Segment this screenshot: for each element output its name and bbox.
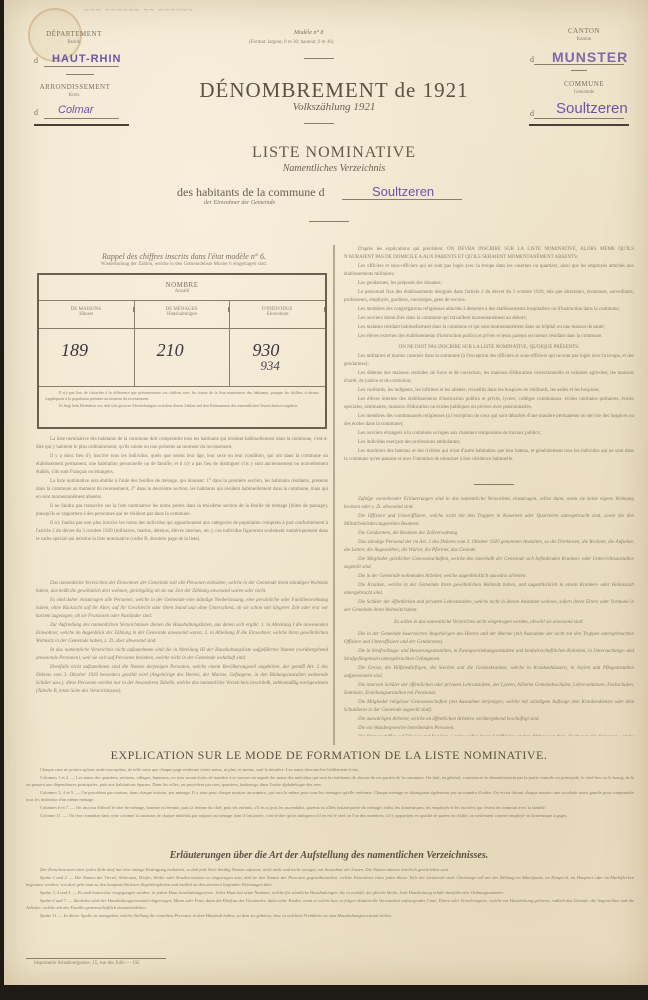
erlaeuterungen-text: Der Zwischenraum einer jeden Zeile darf …	[26, 866, 634, 958]
commune-label: COMMUNE	[544, 80, 624, 88]
format-note: (Format: largeur, 0 m 30; hauteur, 0 m 4…	[249, 40, 334, 45]
explication-title: EXPLICATION SUR LE MODE DE FORMATION DE …	[24, 748, 634, 763]
nombre-header-de: Anzahl	[39, 289, 325, 294]
page-title: DÉNOMBREMENT de 1921	[194, 78, 474, 103]
census-sheet: ~~~ ~~~~~~ ~~ ~~~~~~ DÉPARTEMENT Bezirk …	[4, 0, 648, 985]
habitants-label-de: der Einwohner der Gemeinde	[204, 200, 275, 206]
arrondissement-label-de: Kreis	[34, 93, 114, 98]
arrondissement-stamp: Colmar	[58, 104, 93, 116]
departement-label-de: Bezirk	[34, 40, 114, 45]
scan-background	[0, 985, 648, 1000]
departement-stamp: HAUT-RHIN	[52, 53, 122, 65]
commune-stamp: Soultzeren	[556, 100, 628, 117]
commune-label-de: Gemeinde	[544, 90, 624, 95]
liste-title-de: Namentliches Verzeichnis	[194, 163, 474, 174]
liste-title: LISTE NOMINATIVE	[194, 144, 474, 162]
left-text-de: Das namentliche Verzeichnis der Einwohne…	[36, 580, 328, 740]
right-text-fr: D'après les explications qui précèdent, …	[344, 246, 634, 471]
rappel-title: Rappel des chiffres inscrits dans l'état…	[44, 252, 324, 261]
canton-prefix: d	[530, 55, 534, 64]
column-divider	[333, 245, 335, 745]
rappel-footnote-fr: Il n'y pas lieu de s'attacher à la diffé…	[45, 390, 319, 402]
left-text-fr: La liste nominative des habitants de la …	[36, 436, 328, 591]
model-number: Modèle n° 8	[294, 30, 323, 36]
departement-label: DÉPARTEMENT	[34, 30, 114, 38]
habitants-label: des habitants de la commune d	[177, 185, 325, 200]
arrondissement-prefix: d	[34, 108, 38, 117]
col-individus-label-de: Einwohner	[230, 312, 325, 317]
commune-prefix: d	[530, 109, 534, 118]
departement-prefix: d	[34, 56, 38, 65]
page-title-de: Volkszählung 1921	[194, 101, 474, 113]
liste-commune-stamp: Soultzeren	[372, 184, 434, 199]
maisons-value: 189	[61, 340, 88, 361]
canton-label: CANTON	[544, 27, 624, 35]
canton-label-de: Kanton	[544, 37, 624, 42]
canton-stamp: MUNSTER	[552, 49, 628, 65]
imprint: Imprimerie Strasbourgeoise, 15, rue des …	[34, 961, 140, 966]
col-menages-label-de: Haushaltungen	[135, 312, 230, 317]
rappel-title-de: Wiederholung der Zahlen, welche in den G…	[34, 262, 334, 267]
erlaeuterungen-title: Erläuterungen über die Art der Aufstellu…	[24, 850, 634, 861]
arrondissement-label: ARRONDISSEMENT	[30, 83, 120, 91]
col-maisons-label-de: Häuser	[39, 312, 134, 317]
menages-value: 210	[157, 340, 184, 361]
nombre-header: NOMBRE	[39, 281, 325, 289]
individus-correction: 934	[260, 358, 280, 374]
rappel-table: NOMBRE Anzahl DE MAISONS Häuser DE MÉNAG…	[37, 273, 327, 429]
rappel-footnote-de: Es liegt kein Bedenken vor, daß sich gew…	[45, 403, 319, 409]
pencil-annotation: ~~~ ~~~~~~ ~~ ~~~~~~	[84, 5, 194, 15]
right-text-de: Zufolge vorstehender Erläuterungen sind …	[344, 496, 634, 736]
